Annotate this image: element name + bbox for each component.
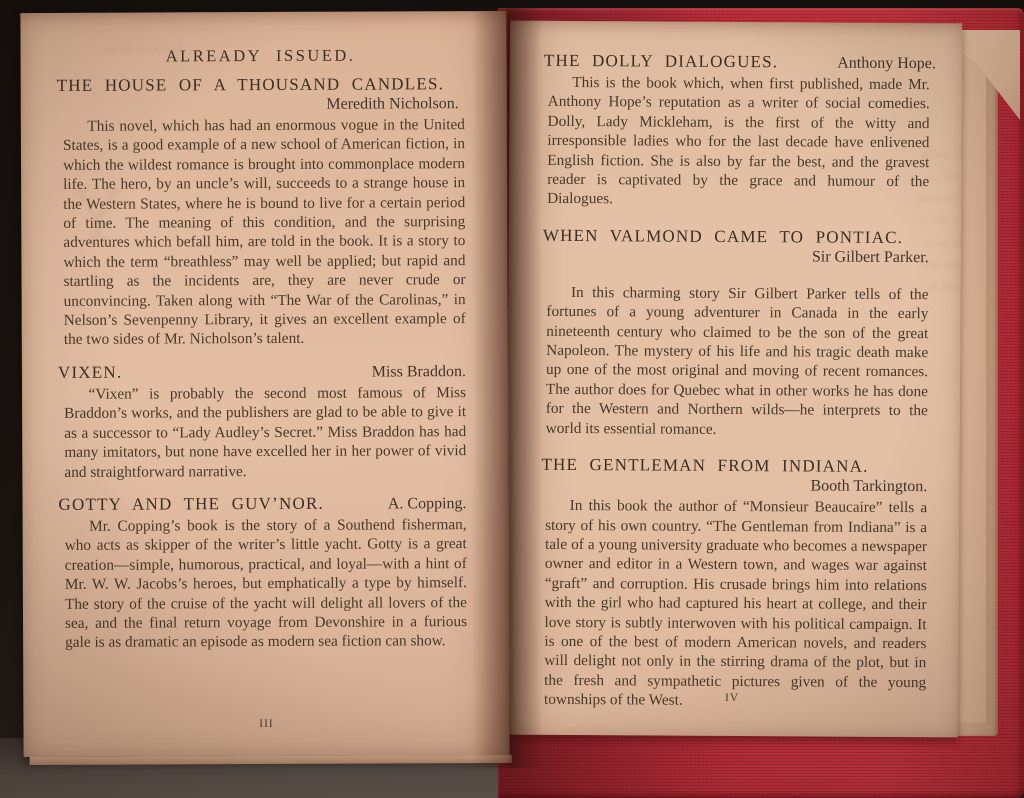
book-entry: WHEN VALMOND CAME TO PONTIAC. Sir Gilber… — [542, 226, 935, 441]
book-author: A. Copping. — [388, 495, 467, 513]
book-entry: THE GENTLEMAN FROM INDIANA. Booth Tarkin… — [540, 455, 934, 712]
book-author: Booth Tarkington. — [541, 476, 933, 496]
book-author: Anthony Hope. — [837, 55, 936, 74]
left-page: Anthony Hope. Y ALREADY ISSUED. THE HOUS… — [20, 11, 509, 757]
book-author: Miss Braddon. — [372, 363, 466, 381]
series-heading: ALREADY ISSUED. — [57, 45, 465, 67]
book-entry: VIXEN. Miss Braddon. “Vixen” is probably… — [58, 361, 467, 482]
book-entry: GOTTY AND THE GUV’NOR. A. Copping. Mr. C… — [58, 493, 467, 653]
book-description: This is the book which, when first publi… — [543, 73, 936, 211]
book-title: THE DOLLY DIALOGUES. — [544, 51, 778, 72]
book-description: In this charming story Sir Gilbert Parke… — [542, 283, 935, 441]
book-entry: THE HOUSE OF A THOUSAND CANDLES. Meredit… — [57, 74, 466, 350]
book-photo: CANDLES. Nicholson. the of is hero, the … — [0, 0, 1024, 798]
book-description: “Vixen” is probably the second most famo… — [58, 383, 466, 482]
book-title: WHEN VALMOND CAME TO PONTIAC. — [543, 226, 935, 248]
book-title: THE HOUSE OF A THOUSAND CANDLES. — [57, 74, 465, 96]
book-description: In this book the author of “Monsieur Bea… — [540, 496, 933, 712]
book-entry: THE DOLLY DIALOGUES. Anthony Hope. This … — [543, 51, 936, 211]
book-title: THE GENTLEMAN FROM INDIANA. — [541, 455, 933, 477]
page-number: III — [23, 717, 509, 731]
book-description: This novel, which has had an enormous vo… — [57, 115, 466, 350]
right-page: CANDLES. Nicholson. the of is hero, the … — [506, 21, 962, 738]
book-author: Sir Gilbert Parker. — [543, 247, 935, 267]
book-description: Mr. Copping’s book is the story of a Sou… — [59, 515, 468, 653]
book-title: VIXEN. — [58, 362, 122, 382]
book-author: Meredith Nicholson. — [57, 95, 465, 115]
book-title: GOTTY AND THE GUV’NOR. — [58, 494, 323, 515]
